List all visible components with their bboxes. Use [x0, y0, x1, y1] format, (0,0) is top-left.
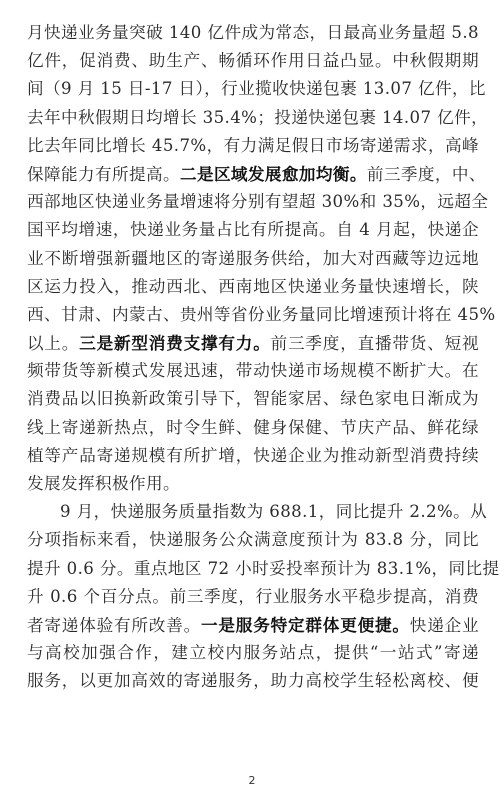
text-line: 去年中秋假期日均增长 35.4%；投递快递包裹 14.07 亿件，: [27, 104, 479, 132]
text-line: 西、甘肃、内蒙古、贵州等省份业务量同比增速预计将在 45%: [27, 301, 479, 329]
text-line: 植等产品寄递规模有所扩增，快递企业为推动新型消费持续: [27, 442, 479, 470]
text-line: 发展发挥积极作用。: [27, 470, 479, 498]
text-line: 提升 0.6 分。重点地区 72 小时妥投率预计为 83.1%，同比提: [27, 555, 479, 583]
text-line: 与高校加强合作，建立校内服务站点，提供“一站式”寄递: [27, 639, 479, 667]
text-line: 以上。三是新型消费支撑有力。前三季度，直播带货、短视: [27, 329, 479, 357]
text-line: 消费品以旧换新政策引导下，智能家居、绿色家电日渐成为: [27, 385, 479, 413]
text-line: 区运力投入，推动西北、西南地区快递业务量快速增长，陕: [27, 273, 479, 301]
text-line: 保障能力有所提高。二是区域发展愈加均衡。前三季度，中、: [27, 160, 479, 188]
text-line: 间（9 月 15 日-17 日），行业揽收快递包裹 13.07 亿件，比: [27, 75, 479, 103]
text-line: 月快递业务量突破 140 亿件成为常态，日最高业务量超 5.8: [27, 19, 479, 47]
text-line: 服务，以更加高效的寄递服务，助力高校学生轻松离校、便: [27, 667, 479, 695]
page-number: 2: [0, 774, 504, 787]
text-line: 业不断增强新疆地区的寄递服务供给，加大对西藏等边远地: [27, 245, 479, 273]
text-line: 比去年同比增长 45.7%，有力满足假日市场寄递需求，高峰: [27, 132, 479, 160]
text-line: 升 0.6 个百分点。前三季度，行业服务水平稳步提高，消费: [27, 583, 479, 611]
bold-heading-new-consumption: 三是新型消费支撑有力。: [79, 333, 270, 353]
text-line: 分项指标来看，快递服务公众满意度预计为 83.8 分，同比: [27, 526, 479, 554]
text-line: 西部地区快递业务量增速将分别有望超 30%和 35%，远超全: [27, 188, 479, 216]
paragraph-express-volume: 月快递业务量突破 140 亿件成为常态，日最高业务量超 5.8 亿件，促消费、助…: [27, 19, 479, 498]
paragraph-service-quality: 9 月，快递服务质量指数为 688.1，同比提升 2.2%。从 分项指标来看，快…: [27, 498, 479, 695]
text-line: 亿件，促消费、助生产、畅循环作用日益凸显。中秋假期期: [27, 47, 479, 75]
text-line: 线上寄递新热点，时令生鲜、健身保健、节庆产品、鲜花绿: [27, 414, 479, 442]
text-line: 者寄递体验有所改善。一是服务特定群体更便捷。快递企业: [27, 611, 479, 639]
bold-heading-special-groups: 一是服务特定群体更便捷。: [201, 615, 410, 635]
bold-heading-regional-balance: 二是区域发展愈加均衡。: [180, 164, 367, 184]
text-line: 9 月，快递服务质量指数为 688.1，同比提升 2.2%。从: [27, 498, 479, 526]
text-line: 频带货等新模式发展迅速，带动快递市场规模不断扩大。在: [27, 357, 479, 385]
text-line: 国平均增速，快递业务量占比有所提高。自 4 月起，快递企: [27, 216, 479, 244]
document-body: 月快递业务量突破 140 亿件成为常态，日最高业务量超 5.8 亿件，促消费、助…: [27, 19, 479, 696]
